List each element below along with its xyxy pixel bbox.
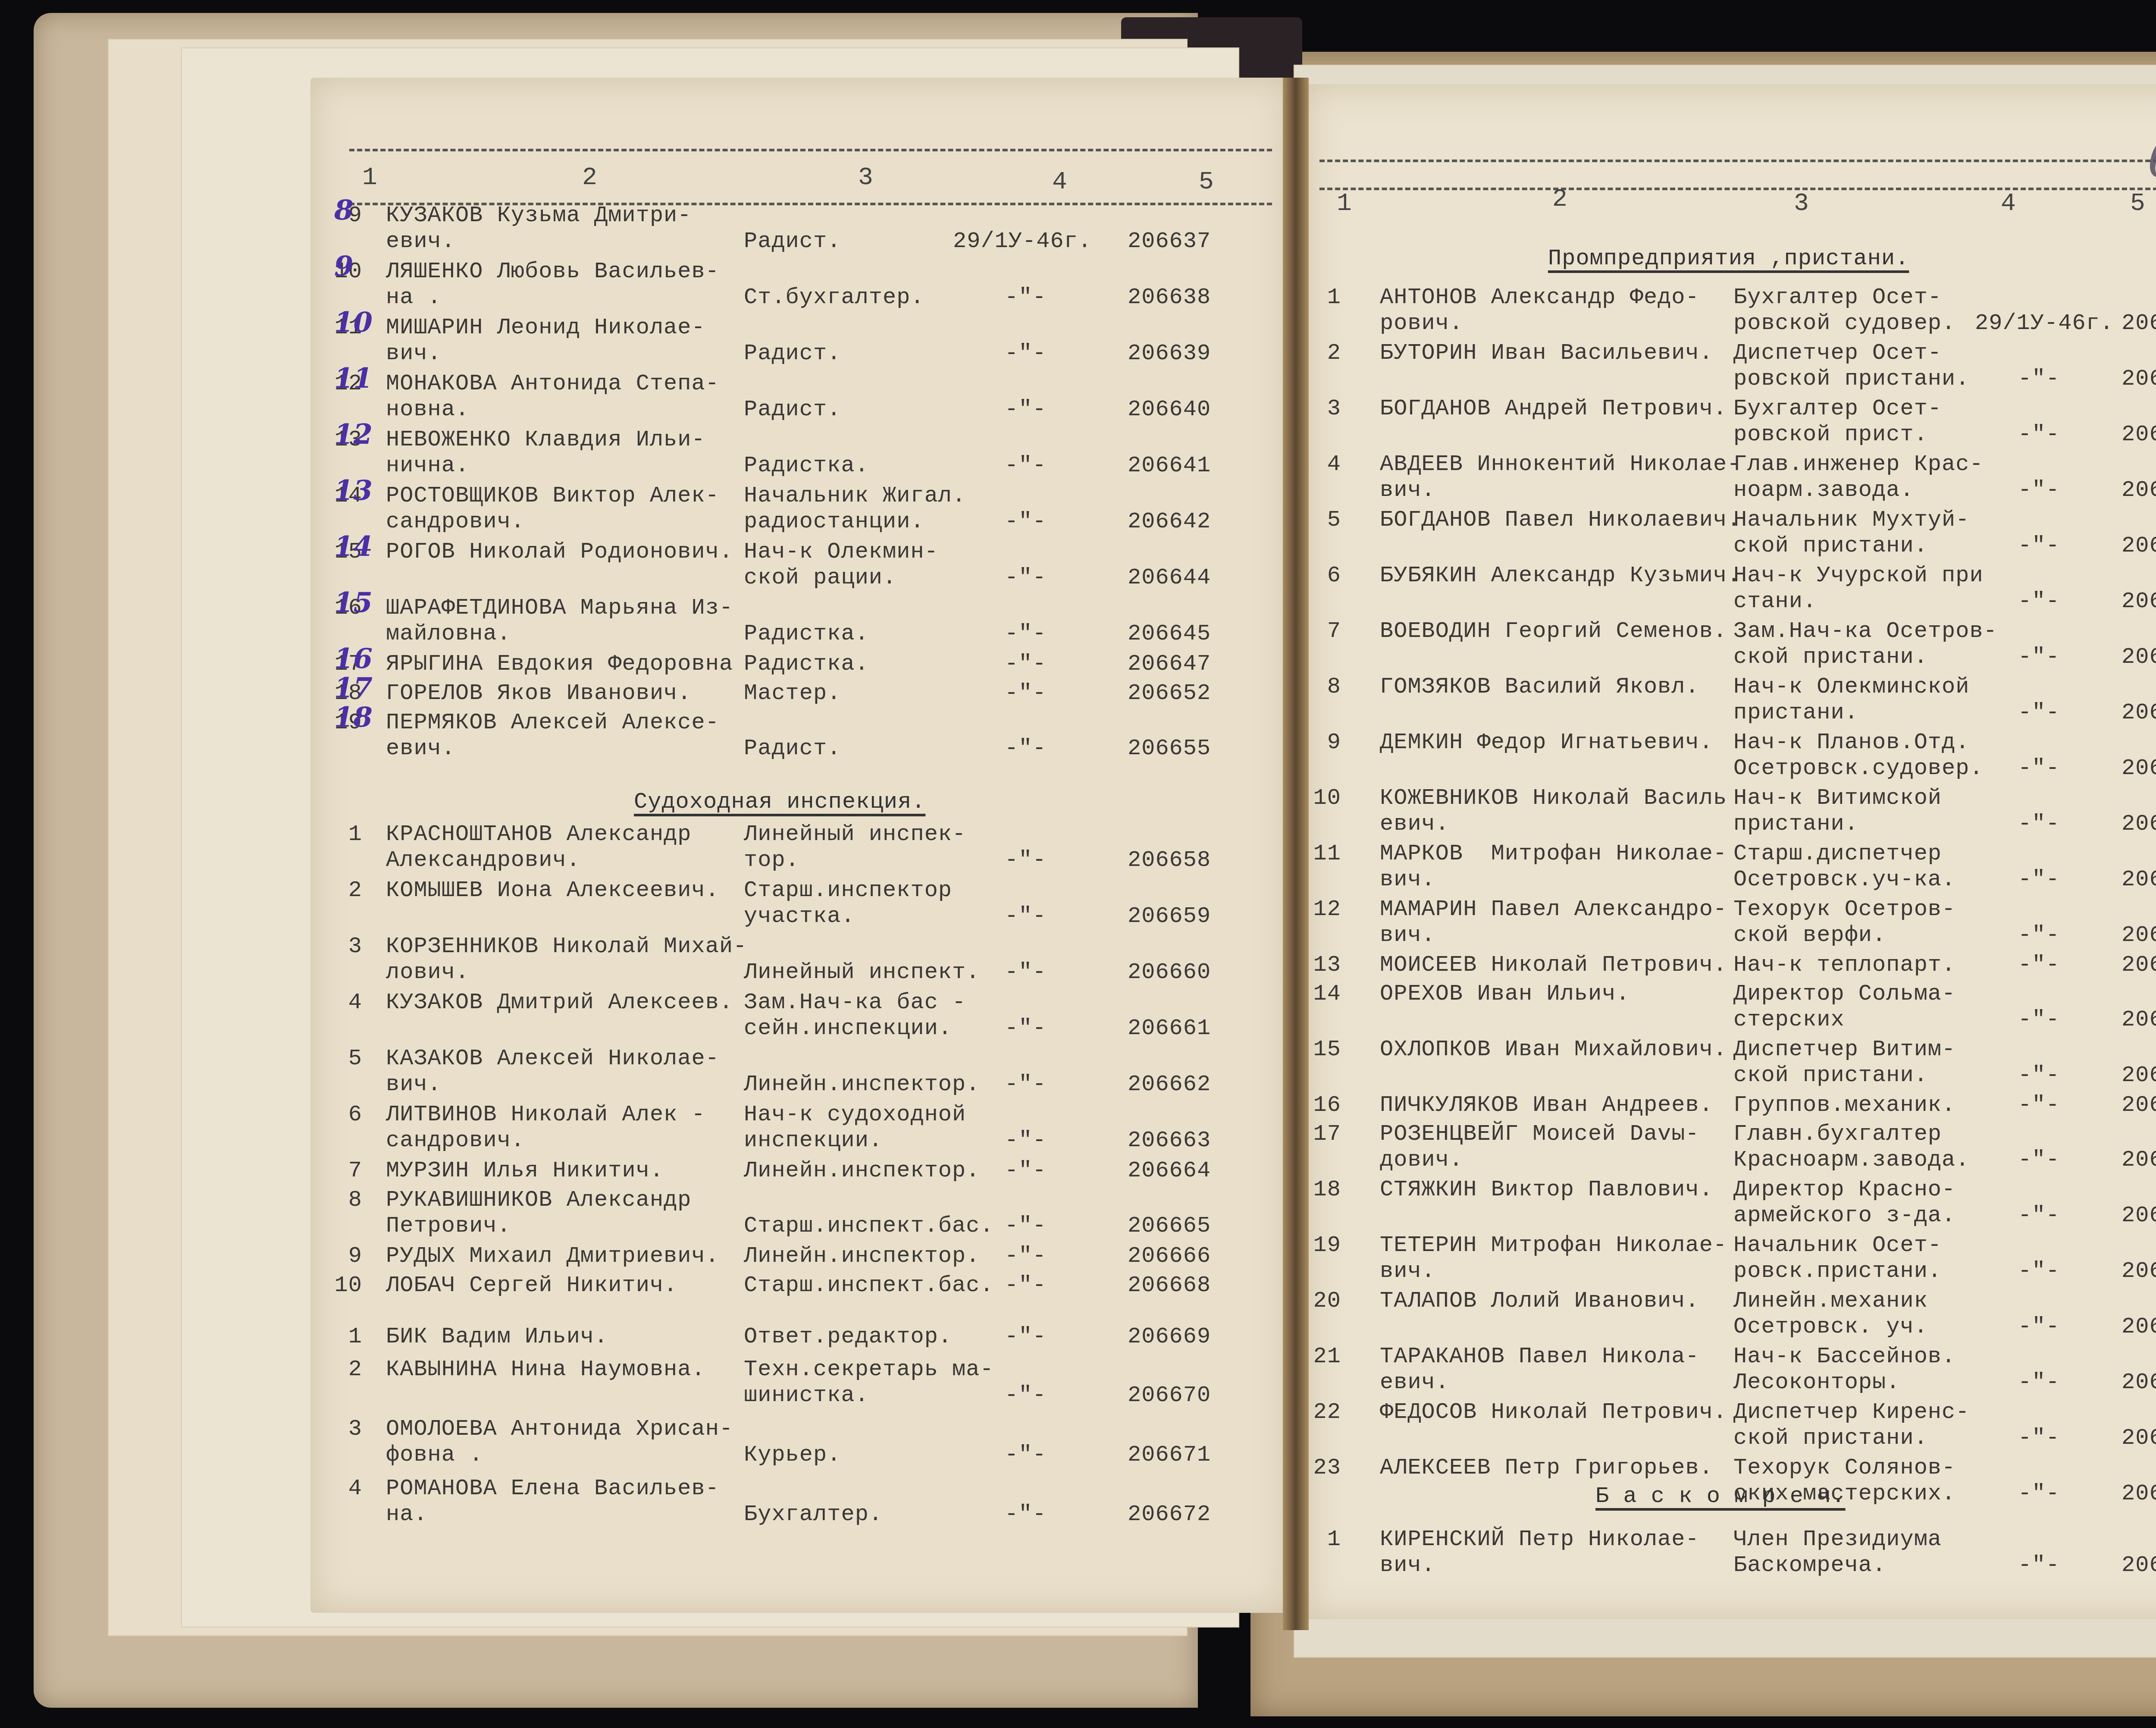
position: Нач-к Бассейнов. [1733,1344,1955,1370]
award-date: -"- [1005,285,1047,310]
position: Диспетчер Киренс- [1733,1399,1970,1425]
position: Техорук Солянов- [1733,1455,1955,1481]
certificate-number: 206672 [1128,1502,1211,1527]
position: Зам.Нач-ка бас - [744,990,966,1016]
certificate-number: 206640 [1128,397,1211,423]
person-name-cont: Петрович. [386,1213,511,1239]
row-index: 17 [1311,1121,1341,1147]
row-index: 7 [1311,618,1341,644]
award-date: -"- [2018,1370,2060,1396]
certificate-number: 206680 [2122,700,2156,726]
person-name-cont: на. [386,1502,428,1527]
award-date: -"- [2018,477,2060,503]
certificate-number: 206645 [1128,621,1211,647]
row-index: 9 [1311,730,1341,756]
person-name: РОМАНОВА Елена Васильев- [386,1476,719,1502]
row-index: 20 [1311,1288,1341,1314]
certificate-number: 206622 [2122,1425,2156,1451]
award-date: -"- [1005,1324,1047,1350]
award-date: -"- [1005,621,1047,647]
position-cont: Радист. [744,341,841,367]
position: Мастер. [744,681,841,706]
position: Нач-к Планов.Отд. [1733,730,1970,756]
row-index: 5 [332,1046,362,1072]
row-index: 11 [1311,841,1341,867]
certificate-number: 206662 [1128,1072,1211,1098]
row-index: 15 [1311,1037,1341,1063]
certificate-number: 206625 [2122,1481,2156,1507]
position-cont: Радист. [744,397,841,423]
award-date: -"- [1005,847,1047,873]
award-date: -"- [2018,700,2060,726]
certificate-number: 206699 [2122,1258,2156,1284]
position-cont: Ст.бухгалтер. [744,285,924,310]
person-name: КУЗАКОВ Кузьма Дмитри- [386,203,692,229]
certificate-number: 206696 [2122,1092,2156,1118]
row-index: 2 [332,1357,362,1383]
position: Бухгалтер Осет- [1733,396,1942,422]
certificate-number: 206676 [2122,477,2156,503]
column-header-1: 1 [362,164,377,192]
award-date: -"- [1005,1158,1047,1184]
handwritten-renumber: 14 [334,530,373,563]
certificate-number: 206669 [1128,1324,1211,1350]
certificate-number: 206659 [1128,903,1211,929]
award-date: -"- [2018,1147,2060,1173]
certificate-number: 206621 [2122,1370,2156,1396]
column-header-3: 3 [1794,190,1809,218]
person-name-cont: вич. [1380,1552,1435,1578]
position: Нач-к Олекмин- [744,539,938,565]
row-index: 8 [332,1187,362,1213]
award-date: -"- [2018,867,2060,893]
award-date: -"- [1005,1383,1047,1408]
person-name: МУРЗИН Илья Никитич. [386,1158,664,1184]
award-date: -"- [2018,1552,2060,1578]
certificate-number: 206697 [2122,1147,2156,1173]
person-name: КИРЕНСКИЙ Петр Николае- [1380,1527,1699,1552]
certificate-number: 206663 [1128,1128,1211,1154]
position-cont: ской пристани. [1733,1063,1928,1088]
award-date: -"- [2018,422,2060,448]
person-name-cont: вич. [1380,922,1435,948]
position-cont: армейского з-да. [1733,1203,1955,1229]
row-index: 2 [332,878,362,903]
person-name: АЛЕКСЕЕВ Петр Григорьев. [1380,1455,1713,1481]
award-date: 29/1У-46г. [1975,310,2114,336]
position-cont: Линейн.инспектор. [744,1072,980,1098]
section-title-industry: Промпредприятия ,пристани. [1548,246,1909,272]
column-header-4: 4 [2001,190,2016,218]
person-name-cont: Александрович. [386,847,580,873]
person-name: ЛОБАЧ Сергей Никитич. [386,1273,677,1298]
person-name-cont: дович. [1380,1147,1463,1173]
column-header-5: 5 [1199,168,1214,196]
person-name: РУКАВИШНИКОВ Александр [386,1187,692,1213]
certificate-number: 206639 [1128,341,1211,367]
person-name-cont: вич. [1380,1258,1435,1284]
handwritten-renumber: 12 [334,418,373,451]
position: Нач-к Олекминской [1733,674,1970,700]
person-name: БУТОРИН Иван Васильевич. [1380,340,1713,366]
page-gutter [1283,78,1309,1630]
certificate-number: 206698 [2122,1203,2156,1229]
certificate-number: 206692 [2122,922,2156,948]
certificate-number: 206695 [2122,1063,2156,1088]
award-date: -"- [2018,922,2060,948]
handwritten-renumber: 11 [334,362,373,395]
position-cont: шинистка. [744,1383,869,1408]
certificate-number: 206693 [2122,952,2156,978]
column-header-3: 3 [858,164,873,192]
award-date: -"- [1005,903,1047,929]
row-index: 1 [1311,1527,1341,1552]
position-cont: сейн.инспекции. [744,1016,952,1041]
certificate-number: 206660 [1128,960,1211,985]
column-header-5: 5 [2130,190,2145,218]
certificate-number: 206673 [2122,310,2156,336]
award-date: -"- [1005,736,1047,762]
award-date: -"- [2018,1092,2060,1118]
position-cont: Баскомречa. [1733,1552,1886,1578]
person-name: НЕВОЖЕНКО Клавдия Ильи- [386,427,705,453]
award-date: -"- [1005,1072,1047,1098]
certificate-number: 206638 [1128,285,1211,310]
award-date: -"- [2018,1007,2060,1033]
position: Член Президиума [1733,1527,1942,1552]
position-cont: Осетровск. уч. [1733,1314,1928,1340]
certificate-number: 206682 [2122,756,2156,781]
person-name-cont: фовна . [386,1442,483,1468]
person-name: БУБЯКИН Александр Кузьмич. [1380,563,1741,589]
column-header-4: 4 [1052,168,1067,196]
position-cont: ровской судовер. [1733,310,1955,336]
position: Линейн.инспектор. [744,1158,980,1184]
person-name: ТЕТЕРИН Митрофан Николае- [1380,1232,1727,1258]
award-date: -"- [2018,1063,2060,1088]
certificate-number: 206691 [2122,867,2156,893]
row-index: 4 [332,990,362,1016]
award-date: -"- [2018,589,2060,615]
person-name-cont: евич. [1380,811,1449,837]
award-date: -"- [1005,960,1047,985]
person-name: ЛИТВИНОВ Николай Алек - [386,1102,705,1128]
row-index: 6 [332,1102,362,1128]
person-name: МАМАРИН Павел Александро- [1380,897,1727,922]
position: Нач-к теплопарт. [1733,952,1955,978]
certificate-number: 206661 [1128,1016,1211,1041]
position: Радистка. [744,651,869,677]
award-date: -"- [2018,811,2060,837]
person-name-cont: евич. [1380,1370,1449,1396]
person-name: КОРЗЕННИКОВ Николай Михай- [386,934,747,960]
person-name: РОСТОВЩИКОВ Виктор Алек- [386,483,719,509]
person-name: РУДЫХ Михаил Дмитриевич. [386,1243,719,1269]
row-index: 3 [332,934,362,960]
award-date: -"- [2018,644,2060,670]
position-cont: стани. [1733,589,1817,615]
position-cont: Курьер. [744,1442,841,1468]
person-name: МИШАРИН Леонид Николае- [386,315,705,341]
position: Зам.Нач-ка Осетров- [1733,618,1997,644]
row-index: 1 [332,822,362,847]
award-date: -"- [1005,1128,1047,1154]
handwritten-renumber: 8 [334,194,354,226]
person-name: ОМОЛОЕВА Антонида Хрисан- [386,1416,733,1442]
position: Старш.инспектор [744,878,952,903]
row-index: 23 [1311,1455,1341,1481]
certificate-number: 206679 [2122,644,2156,670]
position: Линейн.инспектор. [744,1243,980,1269]
award-date: -"- [2018,1258,2060,1284]
position-cont: пристани. [1733,700,1858,726]
position-cont: пристани. [1733,811,1858,837]
certificate-number: 206671 [1128,1442,1211,1468]
row-index: 19 [1311,1232,1341,1258]
person-name: АНТОНОВ Александр Федо- [1380,285,1699,310]
handwritten-renumber: 10 [334,306,373,339]
person-name: ГОМЗЯКОВ Василий Яковл. [1380,674,1699,700]
award-date: -"- [1005,1502,1047,1527]
award-date: -"- [1005,453,1047,479]
certificate-number: 206674 [2122,366,2156,392]
person-name: ПЕРМЯКОВ Алексей Алексе- [386,710,719,736]
person-name: МАРКОВ Митрофан Николае- [1380,841,1727,867]
certificate-number: 206670 [1128,1383,1211,1408]
certificate-number: 206652 [1128,681,1211,706]
award-date: -"- [1005,1273,1047,1298]
person-name: ТАРАКАНОВ Павел Никола- [1380,1344,1699,1370]
row-index: 4 [1311,452,1341,477]
certificate-number: 206644 [1128,565,1211,591]
position: Бухгалтер Осет- [1733,285,1942,310]
row-index: 9 [332,1243,362,1269]
position-cont: участка. [744,903,855,929]
certificate-number: 206637 [1128,229,1211,254]
person-name: КРАСНОШТАНОВ Александр [386,822,692,847]
person-name: ЯРЫГИНА Евдокия Федоровна [386,651,733,677]
position-cont: Радист. [744,229,841,254]
person-name-cont: евич. [386,736,455,762]
award-date: -"- [2018,1203,2060,1229]
position: Нач-к Витимской [1733,785,1942,811]
person-name: КАВЫНИНА Нина Наумовна. [386,1357,705,1383]
position: Диспетчер Витим- [1733,1037,1955,1063]
person-name: ОРЕХОВ Иван Ильич. [1380,981,1630,1007]
person-name-cont: ничнa. [386,453,469,479]
person-name: СТЯЖКИН Виктор Павлович. [1380,1177,1713,1203]
person-name: ШАРАФЕТДИНОВА Марьяна Из- [386,595,733,621]
row-index: 1 [332,1324,362,1350]
row-index: 16 [1311,1092,1341,1118]
header-dash-line [1319,188,2156,190]
person-name-cont: евич. [386,229,455,254]
handwritten-renumber: 16 [334,643,373,675]
certificate-number: 206677 [2122,533,2156,559]
row-index: 3 [1311,396,1341,422]
award-date: -"- [2018,533,2060,559]
award-date: -"- [2018,1481,2060,1507]
certificate-number: 206666 [1128,1243,1211,1269]
person-name: ЛЯШЕНКО Любовь Васильев- [386,259,719,285]
certificate-number: 206658 [1128,847,1211,873]
position-cont: Осетровск.уч-ка. [1733,867,1955,893]
award-date: -"- [1005,397,1047,423]
person-name: КУЗАКОВ Дмитрий Алексеев. [386,990,733,1016]
person-name: КОЖЕВНИКОВ Николай Василь [1380,785,1727,811]
person-name: РОЗЕНЦВЕЙГ Моисей Davы- [1380,1121,1699,1147]
person-name: ОХЛОПКОВ Иван Михайлович. [1380,1037,1727,1063]
person-name: КОМЫШЕВ Иона Алексеевич. [386,878,719,903]
handwritten-renumber: 17 [334,672,373,704]
position: Линейн.механик [1733,1288,1928,1314]
position: Ответ.редактор. [744,1324,952,1350]
award-date: -"- [1005,1442,1047,1468]
person-name-cont: новна. [386,397,469,423]
position-cont: Красноарм.завода. [1733,1147,1970,1173]
award-date: -"- [2018,756,2060,781]
person-name-cont: вич. [386,1072,442,1098]
row-index: 3 [332,1416,362,1442]
person-name: БОГДАНОВ Андрей Петрович. [1380,396,1727,422]
handwritten-renumber: 15 [334,586,373,619]
position: Старш.инспект.бас. [744,1273,994,1298]
position-cont: ской верфи. [1733,922,1886,948]
person-name: ДЕМКИН Федор Игнатьевич. [1380,730,1713,756]
award-date: -"- [1005,1016,1047,1041]
row-index: 8 [1311,674,1341,700]
position: Начальник Жигал. [744,483,966,509]
column-header-2: 2 [1552,185,1567,213]
position-cont: ноарм.завода. [1733,477,1914,503]
row-index: 10 [332,1273,362,1298]
person-name-cont: рович. [1380,310,1463,336]
row-index: 12 [1311,897,1341,922]
person-name-cont: вич. [1380,867,1435,893]
row-index: 14 [1311,981,1341,1007]
handwritten-renumber: 18 [334,701,373,734]
position: Диспетчер Осет- [1733,340,1942,366]
position-cont: ровской пристани. [1733,366,1970,392]
row-index: 2 [1311,340,1341,366]
handwritten-renumber: 9 [334,250,354,282]
person-name-cont: вич. [1380,477,1435,503]
award-date: -"- [1005,1243,1047,1269]
header-dash-line [349,149,1272,151]
position: Линейный инспек- [744,822,966,847]
position-cont: Осетровск.судовер. [1733,756,1984,781]
certificate-number: 206655 [1128,736,1211,762]
certificate-number: 206642 [1128,509,1211,535]
position: Директор Сольма- [1733,981,1955,1007]
certificate-number: 206664 [1128,1158,1211,1184]
award-date: -"- [1005,565,1047,591]
person-name: ФЕДОСОВ Николай Петрович. [1380,1399,1727,1425]
position-cont: Старш.инспект.бас. [744,1213,994,1239]
row-index: 10 [1311,785,1341,811]
row-index: 6 [1311,563,1341,589]
certificate-number: 206647 [1128,651,1211,677]
position-cont: Радистка. [744,621,869,647]
row-index: 18 [1311,1177,1341,1203]
position-cont: Радист. [744,736,841,762]
person-name: МОНАКОВА Антонида Степа- [386,371,719,397]
person-name: КАЗАКОВ Алексей Николае- [386,1046,719,1072]
award-date: -"- [2018,1425,2060,1451]
position-cont: тор. [744,847,799,873]
position-cont: ровск.пристани. [1733,1258,1942,1284]
award-date: -"- [2018,366,2060,392]
award-date: -"- [1005,651,1047,677]
position: Нач-к судоходной [744,1102,966,1128]
position-cont: Линейный инспект. [744,960,980,985]
position: Техорук Осетров- [1733,897,1955,922]
position-cont: ской пристани. [1733,644,1928,670]
award-date: -"- [1005,1213,1047,1239]
position: Начальник Осет- [1733,1232,1942,1258]
person-name: ПИЧКУЛЯКОВ Иван Андреев. [1380,1092,1713,1118]
person-name: ГОРЕЛОВ Яков Иванович. [386,681,692,706]
position-cont: ской рации. [744,565,896,591]
position: Группов.механик. [1733,1092,1955,1118]
handwritten-renumber: 13 [334,474,373,507]
position-cont: радиостанции. [744,509,924,535]
section-title-baskomrech: Б а с к о м р е ч. [1595,1483,1846,1509]
certificate-number: 206688 [2122,811,2156,837]
person-name: БОГДАНОВ Павел Николаевич. [1380,507,1741,533]
award-date: -"- [2018,952,2060,978]
certificate-number: 206700 [2122,1314,2156,1340]
row-index: 13 [1311,952,1341,978]
person-name: АВДЕЕВ Иннокентий Николае- [1380,452,1741,477]
person-name: БИК Вадим Ильич. [386,1324,608,1350]
column-header-2: 2 [582,164,597,192]
person-name: ВОЕВОДИН Георгий Семенов. [1380,618,1727,644]
certificate-number: 206626 [2122,1552,2156,1578]
position: Старш.диспетчер [1733,841,1942,867]
person-name-cont: вич. [386,341,442,367]
row-index: 1 [1311,285,1341,310]
person-name: МОИСЕЕВ Николай Петрович. [1380,952,1727,978]
person-name: ТАЛАПОВ Лолий Иванович. [1380,1288,1699,1314]
column-header-1: 1 [1337,190,1352,218]
award-date: -"- [1005,509,1047,535]
position: Начальник Мухтуй- [1733,507,1970,533]
position-cont: Бухгалтер. [744,1502,883,1527]
position-cont: ровской прист. [1733,422,1928,448]
position: Главн.бухгалтер [1733,1121,1942,1147]
certificate-number: 206694 [2122,1007,2156,1033]
position-cont: стерских [1733,1007,1845,1033]
award-date: -"- [2018,1314,2060,1340]
position: Нач-к Учурской при [1733,563,1984,589]
certificate-number: 206668 [1128,1273,1211,1298]
position-cont: инспекции. [744,1128,883,1154]
row-index: 5 [1311,507,1341,533]
person-name-cont: сандрович. [386,1128,525,1154]
person-name-cont: сандрович. [386,509,525,535]
position: Техн.секретарь ма- [744,1357,994,1383]
certificate-number: 206665 [1128,1213,1211,1239]
row-index: 21 [1311,1344,1341,1370]
row-index: 7 [332,1158,362,1184]
certificate-number: 206675 [2122,422,2156,448]
row-index: 22 [1311,1399,1341,1425]
position-cont: ской пристани. [1733,533,1928,559]
header-dash-line [1319,160,2156,162]
person-name-cont: лович. [386,960,469,985]
certificate-number: 206678 [2122,589,2156,615]
